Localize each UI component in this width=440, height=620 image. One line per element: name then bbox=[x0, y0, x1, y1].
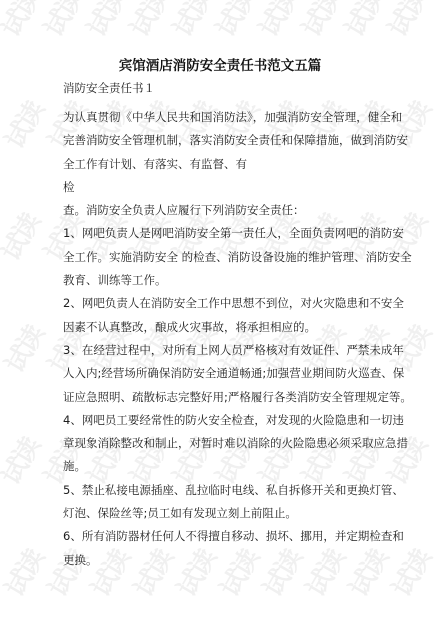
text-line: 1、网吧负责人是网吧消防安全第一责任人，全面负责网吧的消防安 bbox=[63, 222, 383, 245]
section-heading: 消防安全责任书１ bbox=[63, 80, 155, 96]
text-line: 证应急照明、疏散标志完整好用;严格履行各类消防安全管理规定等。 bbox=[63, 386, 383, 409]
text-line: 检 bbox=[63, 176, 383, 199]
text-line: 3、在经营过程中，对所有上网人员严格核对有效证件、严禁未成年 bbox=[63, 339, 383, 362]
text-line: 更换。 bbox=[63, 549, 383, 572]
text-line: 4、网吧员工要经常性的防火安全检查，对发现的火险隐患和一切违 bbox=[63, 409, 383, 432]
text-line: 为认真贯彻《中华人民共和国消防法》，加强消防安全管理，健全和 bbox=[63, 106, 383, 129]
document-body: 为认真贯彻《中华人民共和国消防法》，加强消防安全管理，健全和 完善消防安全管理机… bbox=[63, 106, 383, 572]
watermark-text: 试读 bbox=[382, 542, 438, 602]
text-line: 施。 bbox=[63, 455, 383, 478]
text-line: 人入内;经营场所确保消防安全通道畅通;加强营业期间防火巡查、保 bbox=[63, 362, 383, 385]
watermark-text: 试读 bbox=[0, 542, 51, 602]
text-line: 查。消防安全负责人应履行下列消防安全责任： bbox=[63, 199, 383, 222]
text-line: 教育、训练等工作。 bbox=[63, 269, 383, 292]
text-line: 2、网吧负责人在消防安全工作中思想不到位，对火灾隐患和不安全 bbox=[63, 292, 383, 315]
text-line: 全工作。实施消防安全 的检查、消防设备设施的维护管理、消防安全 bbox=[63, 246, 383, 269]
watermark-text: 试读 bbox=[0, 318, 51, 378]
text-line: 完善消防安全管理机制，落实消防安全责任和保障措施，做到消防安 bbox=[63, 129, 383, 152]
text-line: 灯泡、保险丝等;员工如有发现立刻上前阻止。 bbox=[63, 502, 383, 525]
document-title: 宾馆酒店消防安全责任书范文五篇 bbox=[0, 54, 440, 74]
text-line: 章现象消除整改和制止，对暂时难以消除的火险隐患必须采取应急措 bbox=[63, 432, 383, 455]
watermark-text: 试读 bbox=[0, 430, 47, 490]
watermark-text: 试读 bbox=[0, 206, 47, 266]
document-page: 宾馆酒店消防安全责任书范文五篇 消防安全责任书１ 为认真贯彻《中华人民共和国消防… bbox=[0, 0, 440, 74]
watermark-text: 试读 bbox=[0, 94, 51, 154]
text-line: 5、禁止私接电源插座、乱拉临时电线、私自拆修开关和更换灯管、 bbox=[63, 479, 383, 502]
text-line: 全工作有计划、有落实、有监督、有 bbox=[63, 153, 383, 176]
text-line: 因素不认真整改，酿成火灾事故，将承担相应的。 bbox=[63, 316, 383, 339]
text-line: 6、所有消防器材任何人不得擅自移动、损坏、挪用，并定期检查和 bbox=[63, 525, 383, 548]
